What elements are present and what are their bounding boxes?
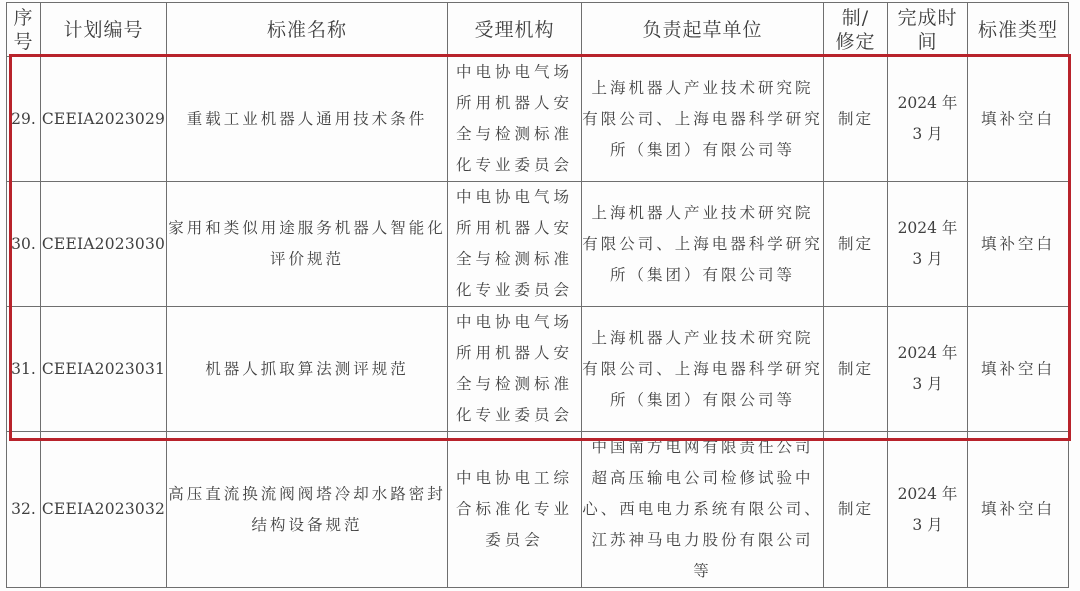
- cell-drafting-unit: 中国南方电网有限责任公司 超高压输电公司检修试验中 心、西电电力系统有限公司、 …: [582, 432, 824, 588]
- header-revision: 制/ 修定: [824, 3, 888, 57]
- cell-accepting-org: 中电协电气场 所用机器人安 全与检测标准 化专业委员会: [448, 182, 582, 307]
- header-completion-time: 完成时 间: [888, 3, 968, 57]
- header-plan-code: 计划编号: [41, 3, 167, 57]
- cell-standard-name: 高压直流换流阀阀塔冷却水路密封 结构设备规范: [167, 432, 448, 588]
- header-drafting-unit: 负责起草单位: [582, 3, 824, 57]
- cell-seq: 29.: [7, 57, 41, 182]
- cell-plan-code: CEEIA2023030: [41, 182, 167, 307]
- cell-plan-code: CEEIA2023032: [41, 432, 167, 588]
- cell-standard-name: 家用和类似用途服务机器人智能化 评价规范: [167, 182, 448, 307]
- cell-completion-time: 2024 年 3 月: [888, 432, 968, 588]
- cell-revision: 制定: [824, 307, 888, 432]
- cell-drafting-unit: 上海机器人产业技术研究院 有限公司、上海电器科学研究 所（集团）有限公司等: [582, 182, 824, 307]
- table-row: 31. CEEIA2023031 机器人抓取算法测评规范 中电协电气场 所用机器…: [7, 307, 1069, 432]
- cell-seq: 31.: [7, 307, 41, 432]
- header-seq: 序 号: [7, 3, 41, 57]
- standards-plan-table: 序 号 计划编号 标准名称 受理机构 负责起草单位 制/ 修定 完成时 间 标准…: [6, 2, 1069, 588]
- table-row: 32. CEEIA2023032 高压直流换流阀阀塔冷却水路密封 结构设备规范 …: [7, 432, 1069, 588]
- cell-accepting-org: 中电协电工综 合标准化专业 委员会: [448, 432, 582, 588]
- cell-standard-type: 填补空白: [968, 432, 1069, 588]
- cell-plan-code: CEEIA2023029: [41, 57, 167, 182]
- document-page: 序 号 计划编号 标准名称 受理机构 负责起草单位 制/ 修定 完成时 间 标准…: [0, 0, 1080, 591]
- cell-completion-time: 2024 年 3 月: [888, 182, 968, 307]
- cell-accepting-org: 中电协电气场 所用机器人安 全与检测标准 化专业委员会: [448, 307, 582, 432]
- cell-revision: 制定: [824, 182, 888, 307]
- table-row: 30. CEEIA2023030 家用和类似用途服务机器人智能化 评价规范 中电…: [7, 182, 1069, 307]
- cell-standard-type: 填补空白: [968, 57, 1069, 182]
- table-header-row: 序 号 计划编号 标准名称 受理机构 负责起草单位 制/ 修定 完成时 间 标准…: [7, 3, 1069, 57]
- header-accepting-org: 受理机构: [448, 3, 582, 57]
- cell-drafting-unit: 上海机器人产业技术研究院 有限公司、上海电器科学研究 所（集团）有限公司等: [582, 307, 824, 432]
- header-standard-type: 标准类型: [968, 3, 1069, 57]
- cell-completion-time: 2024 年 3 月: [888, 307, 968, 432]
- cell-accepting-org: 中电协电气场 所用机器人安 全与检测标准 化专业委员会: [448, 57, 582, 182]
- table-row: 29. CEEIA2023029 重载工业机器人通用技术条件 中电协电气场 所用…: [7, 57, 1069, 182]
- cell-drafting-unit: 上海机器人产业技术研究院 有限公司、上海电器科学研究 所（集团）有限公司等: [582, 57, 824, 182]
- cell-seq: 30.: [7, 182, 41, 307]
- cell-seq: 32.: [7, 432, 41, 588]
- cell-completion-time: 2024 年 3 月: [888, 57, 968, 182]
- cell-standard-name: 重载工业机器人通用技术条件: [167, 57, 448, 182]
- header-standard-name: 标准名称: [167, 3, 448, 57]
- cell-revision: 制定: [824, 57, 888, 182]
- cell-plan-code: CEEIA2023031: [41, 307, 167, 432]
- cell-standard-type: 填补空白: [968, 307, 1069, 432]
- cell-revision: 制定: [824, 432, 888, 588]
- cell-standard-type: 填补空白: [968, 182, 1069, 307]
- cell-standard-name: 机器人抓取算法测评规范: [167, 307, 448, 432]
